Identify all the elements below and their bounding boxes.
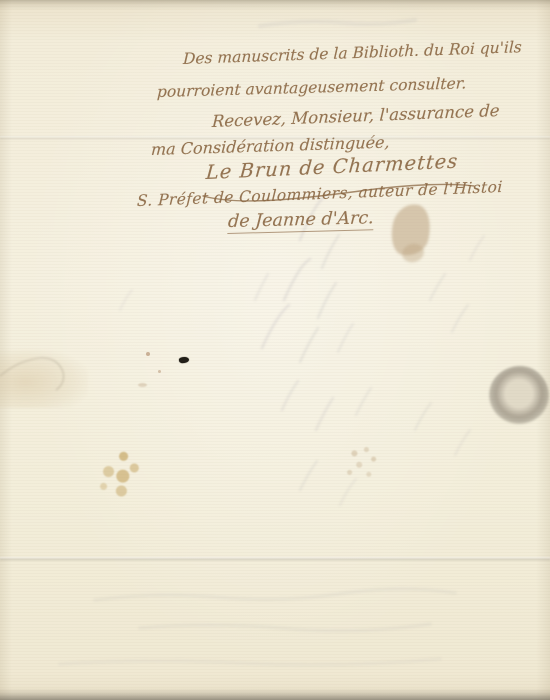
speckle-stain (340, 442, 388, 480)
handwriting-line-3: Recevez, Monsieur, l'assurance de (212, 101, 500, 131)
handwriting-line-2: pourroient avantageusement consulter. (157, 74, 467, 101)
handwriting-line-1: Des manuscrits de la Biblioth. du Roi qu… (183, 38, 522, 68)
paper-edge-bottom (0, 688, 550, 700)
ink-blot (179, 356, 190, 363)
handwriting-line-7-underlined: de Jeanne d'Arc. (227, 208, 374, 234)
ink-speck (158, 370, 161, 373)
ochre-stain (92, 446, 148, 502)
water-stain-outline (0, 358, 64, 390)
ink-speck (138, 383, 147, 387)
letter-scan: Des manuscrits de la Biblioth. du Roi qu… (0, 0, 550, 700)
seal-stain-right (489, 366, 549, 424)
tan-stain-small (400, 241, 426, 264)
water-stain-left (0, 350, 88, 408)
fold-crease-bottom (0, 557, 550, 561)
tan-stain (387, 201, 435, 260)
ink-speck (146, 352, 150, 356)
handwriting-line-6: S. Préfet de Coulommiers, auteur de l'Hi… (137, 178, 504, 210)
paper-edge-top (0, 0, 550, 10)
